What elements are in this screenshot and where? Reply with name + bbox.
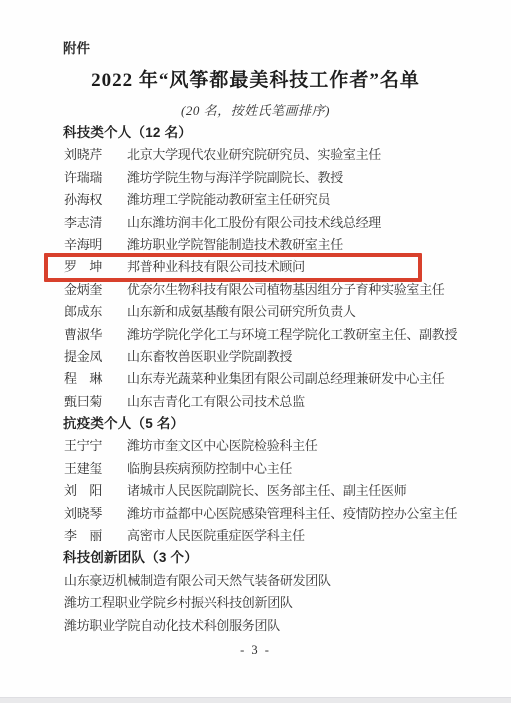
team-row: 潍坊职业学院自动化技术科创服务团队 xyxy=(64,615,481,637)
section: 科技类个人（12 名） 刘晓芹 北京大学现代农业研究院研究员、实验室主任 许瑞瑞… xyxy=(0,122,511,413)
team-name: 潍坊职业学院自动化技术科创服务团队 xyxy=(64,615,280,637)
person-name: 辛海明 xyxy=(64,234,108,256)
person-title: 山东潍坊润丰化工股份有限公司技术线总经理 xyxy=(127,212,381,234)
list-row: 金炳奎 优奈尔生物科技有限公司植物基因组分子育种实验室主任 xyxy=(64,279,481,301)
person-name: 曹淑华 xyxy=(64,324,108,346)
attachment-label: 附件 xyxy=(63,0,511,57)
team-name: 潍坊工程职业学院乡村振兴科技创新团队 xyxy=(64,592,293,614)
highlighted-row: 罗 坤 邦普种业科技有限公司技术顾问 xyxy=(64,256,481,278)
person-title: 潍坊理工学院能动教研室主任研究员 xyxy=(127,189,330,211)
team-row: 潍坊工程职业学院乡村振兴科技创新团队 xyxy=(64,592,481,614)
person-name: 王建玺 xyxy=(64,458,108,480)
list-row: 程 琳 山东寿光蔬菜种业集团有限公司副总经理兼研发中心主任 xyxy=(64,368,481,390)
award-list: 科技类个人（12 名） 刘晓芹 北京大学现代农业研究院研究员、实验室主任 许瑞瑞… xyxy=(0,122,511,637)
list-row: 王宁宁 潍坊市奎文区中心医院检验科主任 xyxy=(64,435,481,457)
page-subtitle: (20 名，按姓氏笔画排序) xyxy=(0,102,511,119)
person-title: 山东吉青化工有限公司技术总监 xyxy=(127,391,305,413)
person-title: 山东新和成氨基酸有限公司研究所负责人 xyxy=(127,301,356,323)
person-title: 山东寿光蔬菜种业集团有限公司副总经理兼研发中心主任 xyxy=(127,368,445,390)
person-name: 甄曰菊 xyxy=(64,391,108,413)
person-title: 潍坊市益都中心医院感染管理科主任、疫情防控办公室主任 xyxy=(127,503,457,525)
person-name: 刘 阳 xyxy=(64,480,108,502)
list-row: 刘晓琴 潍坊市益都中心医院感染管理科主任、疫情防控办公室主任 xyxy=(64,503,481,525)
person-title: 山东畜牧兽医职业学院副教授 xyxy=(127,346,292,368)
section-rows: 王宁宁 潍坊市奎文区中心医院检验科主任 王建玺 临朐县疾病预防控制中心主任 刘 … xyxy=(0,435,511,547)
person-name: 孙海权 xyxy=(64,189,108,211)
person-name: 李志清 xyxy=(64,212,108,234)
person-title: 潍坊市奎文区中心医院检验科主任 xyxy=(127,435,318,457)
section-rows: 山东豪迈机械制造有限公司天然气装备研发团队 潍坊工程职业学院乡村振兴科技创新团队… xyxy=(0,570,511,637)
page-number: - 3 - xyxy=(0,642,511,658)
team-row: 山东豪迈机械制造有限公司天然气装备研发团队 xyxy=(64,570,481,592)
person-name: 许瑞瑞 xyxy=(64,167,108,189)
person-title: 潍坊职业学院智能制造技术教研室主任 xyxy=(127,234,343,256)
person-title: 北京大学现代农业研究院研究员、实验室主任 xyxy=(127,144,381,166)
section-header: 科技创新团队（3 个） xyxy=(63,547,511,569)
person-name: 罗 坤 xyxy=(64,256,108,278)
person-name: 程 琳 xyxy=(64,368,108,390)
list-row: 李志清 山东潍坊润丰化工股份有限公司技术线总经理 xyxy=(64,212,481,234)
person-name: 郎成东 xyxy=(64,301,108,323)
list-row: 刘晓芹 北京大学现代农业研究院研究员、实验室主任 xyxy=(64,144,481,166)
list-row: 甄曰菊 山东吉青化工有限公司技术总监 xyxy=(64,391,481,413)
person-name: 金炳奎 xyxy=(64,279,108,301)
person-title: 潍坊学院生物与海洋学院副院长、教授 xyxy=(127,167,343,189)
person-title: 邦普种业科技有限公司技术顾问 xyxy=(127,256,305,278)
list-row: 刘 阳 诸城市人民医院副院长、医务部主任、副主任医师 xyxy=(64,480,481,502)
list-row: 李 丽 高密市人民医院重症医学科主任 xyxy=(64,525,481,547)
section-header: 科技类个人（12 名） xyxy=(63,122,511,144)
person-name: 王宁宁 xyxy=(64,435,108,457)
list-row: 曹淑华 潍坊学院化学化工与环境工程学院化工教研室主任、副教授 xyxy=(64,324,481,346)
person-name: 提金凤 xyxy=(64,346,108,368)
person-title: 诸城市人民医院副院长、医务部主任、副主任医师 xyxy=(127,480,406,502)
document-page: 附件 2022 年“风筝都最美科技工作者”名单 (20 名，按姓氏笔画排序) 科… xyxy=(0,0,511,703)
section: 科技创新团队（3 个） 山东豪迈机械制造有限公司天然气装备研发团队 潍坊工程职业… xyxy=(0,547,511,637)
list-row: 郎成东 山东新和成氨基酸有限公司研究所负责人 xyxy=(64,301,481,323)
list-row: 辛海明 潍坊职业学院智能制造技术教研室主任 xyxy=(64,234,481,256)
team-name: 山东豪迈机械制造有限公司天然气装备研发团队 xyxy=(64,570,331,592)
list-row: 许瑞瑞 潍坊学院生物与海洋学院副院长、教授 xyxy=(64,167,481,189)
page-title: 2022 年“风筝都最美科技工作者”名单 xyxy=(0,68,511,94)
person-name: 刘晓芹 xyxy=(64,144,108,166)
list-row: 王建玺 临朐县疾病预防控制中心主任 xyxy=(64,458,481,480)
person-name: 李 丽 xyxy=(64,525,108,547)
person-title: 优奈尔生物科技有限公司植物基因组分子育种实验室主任 xyxy=(127,279,445,301)
section-rows: 刘晓芹 北京大学现代农业研究院研究员、实验室主任 许瑞瑞 潍坊学院生物与海洋学院… xyxy=(0,144,511,413)
person-title: 临朐县疾病预防控制中心主任 xyxy=(127,458,292,480)
section: 抗疫类个人（5 名） 王宁宁 潍坊市奎文区中心医院检验科主任 王建玺 临朐县疾病… xyxy=(0,413,511,547)
section-header: 抗疫类个人（5 名） xyxy=(63,413,511,435)
person-title: 潍坊学院化学化工与环境工程学院化工教研室主任、副教授 xyxy=(127,324,457,346)
list-row: 提金凤 山东畜牧兽医职业学院副教授 xyxy=(64,346,481,368)
person-title: 高密市人民医院重症医学科主任 xyxy=(127,525,305,547)
list-row: 孙海权 潍坊理工学院能动教研室主任研究员 xyxy=(64,189,481,211)
scan-edge-artifact xyxy=(0,697,511,703)
person-name: 刘晓琴 xyxy=(64,503,108,525)
